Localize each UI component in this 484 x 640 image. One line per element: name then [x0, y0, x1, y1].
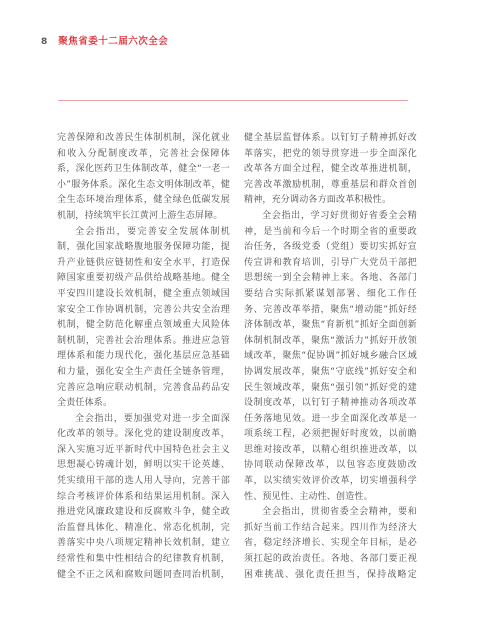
article-paragraph: 全会指出，学习好贯彻好省委全会精神，是当前和今后一个时期全省的重要政治任务，各级… — [244, 209, 417, 505]
article-paragraph: 全会指出，要完善安全发展体制机制，强化国家战略腹地服务保障功能，提升产业链供应链… — [57, 225, 230, 412]
magazine-page: 8 聚焦省委十二届六次全会 完善保障和改善民生体制机制，深化就业和收入分配制度改… — [0, 0, 484, 640]
page-number: 8 — [41, 37, 47, 47]
header-rule — [58, 100, 408, 101]
paragraph-text: 完善保障和改善民生体制机制，深化就业和收入分配制度改革，完善社会保障体系，深化医… — [57, 133, 230, 221]
paragraph-text: 全会指出，学习好贯彻好省委全会精神，是当前和今后一个时期全省的重要政治任务，各级… — [244, 211, 417, 502]
paragraph-text: 全会指出，要完善安全发展体制机制，强化国家战略腹地服务保障功能，提升产业链供应链… — [57, 227, 230, 409]
article-body: 完善保障和改善民生体制机制，深化就业和收入分配制度改革，完善社会保障体系，深化医… — [57, 131, 417, 598]
section-title: 聚焦省委十二届六次全会 — [58, 33, 168, 47]
article-paragraph: 完善保障和改善民生体制机制，深化就业和收入分配制度改革，完善社会保障体系，深化医… — [57, 131, 230, 225]
page-header: 8 聚焦省委十二届六次全会 — [41, 33, 168, 47]
